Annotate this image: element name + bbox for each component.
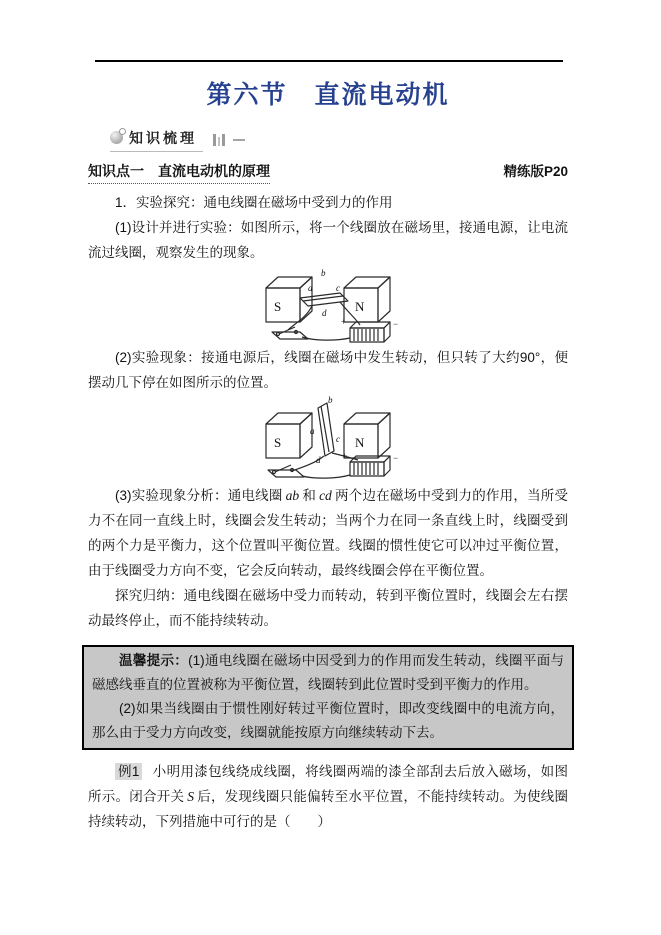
coil-label-d: d — [316, 455, 321, 465]
wire-bottom — [302, 337, 350, 340]
pole-label-n: N — [355, 299, 365, 314]
decorative-dash-icon — [233, 139, 245, 141]
tip-box: 温馨提示：(1)通电线圈在磁场中因受到力的作用而发生转动，线圈平面与磁感线垂直的… — [82, 645, 574, 750]
paragraph-step1: (1)设计并进行实验：如图所示，将一个线圈放在磁场里，接通电源，让电流流过线圈，… — [88, 215, 568, 265]
decorative-bars-icon — [213, 134, 225, 146]
practice-edition-ref: 精练版P20 — [503, 160, 568, 180]
knowledge-point-title: 知识点一 直流电动机的原理 — [88, 161, 270, 184]
example-label-chip: 例1 — [115, 763, 142, 780]
analysis-and: 和 — [302, 488, 316, 503]
coil-label-c: c — [336, 283, 340, 293]
pole-label-s: S — [274, 299, 281, 314]
magnet-north-pole — [344, 277, 390, 322]
coil-vertical — [318, 403, 334, 456]
knife-switch — [268, 465, 304, 477]
document-page: 第六节 直流电动机 知识梳理 知识点一 直流电动机的原理 精练版P20 1．实验… — [0, 0, 661, 935]
analysis-text: (3)实验现象分析：通电线圈 — [115, 488, 283, 503]
battery-minus-label: − — [393, 319, 398, 329]
coil-side-ab: ab — [286, 488, 300, 503]
experiment-figure-2: S N a b c d + − — [252, 396, 404, 482]
magnet-north-pole — [344, 413, 390, 458]
figure-1-container: S N a b c d + − — [88, 266, 568, 344]
paragraph-example: 例1小明用漆包线绕成线圈，将线圈两端的漆全部刮去后放入磁场，如图所示。闭合开关S… — [88, 759, 568, 834]
wire-bottom — [302, 475, 350, 478]
paragraph-step2: (2)实验现象：接通电源后，线圈在磁场中发生转动，但只转了大约90°，便摆动几下… — [88, 345, 568, 395]
battery-minus-label: − — [393, 453, 398, 463]
magnet-south-pole — [266, 413, 312, 458]
coil-label-d: d — [322, 308, 327, 318]
battery — [350, 322, 390, 342]
tip-label: 温馨提示： — [119, 653, 188, 668]
coil-label-b: b — [321, 268, 326, 278]
figure-2-container: S N a b c d + − — [88, 396, 568, 482]
battery-plus-label: + — [342, 451, 347, 461]
tip-paragraph-1: 温馨提示：(1)通电线圈在磁场中因受到力的作用而发生转动，线圈平面与磁感线垂直的… — [92, 649, 564, 697]
paragraph-summary: 探究归纳：通电线圈在磁场中受力而转动，转到平衡位置时，线圈会左右摆动最终停止，而… — [88, 583, 568, 633]
coil-label-a: a — [310, 426, 315, 436]
pole-label-n: N — [355, 435, 365, 450]
section-header-label: 知识梳理 — [129, 128, 197, 148]
section-header: 知识梳理 — [110, 129, 568, 150]
coil-horizontal — [300, 293, 348, 306]
paragraph-experiment-title: 1．实验探究：通电线圈在磁场中受到力的作用 — [88, 190, 568, 215]
knowledge-point-row: 知识点一 直流电动机的原理 精练版P20 — [88, 160, 568, 184]
pole-label-s: S — [274, 435, 281, 450]
coil-label-c: c — [336, 434, 340, 444]
battery-plus-label: + — [341, 317, 346, 327]
coil-side-cd: cd — [319, 488, 332, 503]
content-column: 第六节 直流电动机 知识梳理 知识点一 直流电动机的原理 精练版P20 1．实验… — [88, 60, 568, 834]
page-title: 第六节 直流电动机 — [88, 78, 568, 112]
coil-label-a: a — [308, 283, 313, 293]
switch-name: S — [187, 789, 194, 804]
top-divider — [95, 60, 563, 62]
coil-label-b: b — [328, 396, 333, 405]
sphere-icon — [110, 131, 123, 144]
tip-paragraph-2: (2)如果当线圈由于惯性刚好转过平衡位置时，即改变线圈中的电流方向，那么由于受力… — [92, 697, 564, 745]
section-header-underline: 知识梳理 — [110, 128, 203, 152]
experiment-figure-1: S N a b c d + − — [252, 266, 404, 344]
paragraph-analysis: (3)实验现象分析：通电线圈ab和cd两个边在磁场中受到力的作用，当所受力不在同… — [88, 483, 568, 583]
